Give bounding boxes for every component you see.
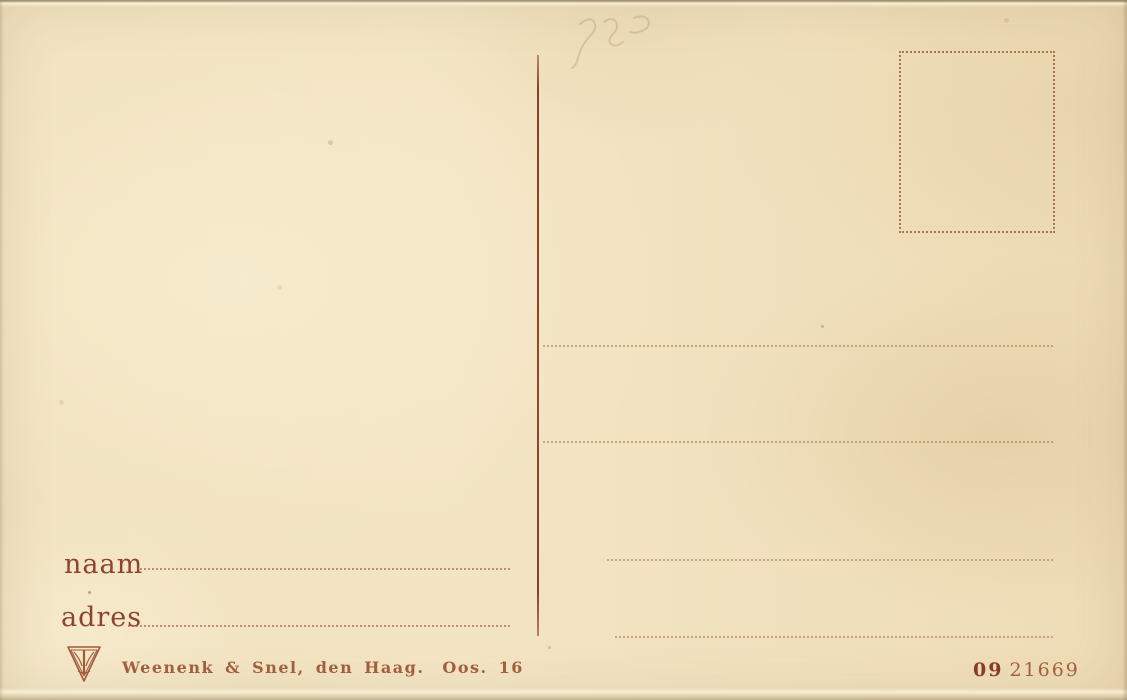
stamp-box — [899, 51, 1055, 233]
card-right-edge — [1122, 0, 1127, 700]
publisher-name: Weenenk & Snel, den Haag. — [122, 658, 424, 677]
address-writing-line-1 — [543, 345, 1053, 347]
publisher-series-code: Oos. 16 — [442, 658, 524, 677]
foxing-specks — [88, 591, 91, 594]
divider-line — [537, 55, 539, 636]
address-field-line — [128, 625, 510, 627]
serial-value: 21669 — [1009, 659, 1079, 681]
serial-prefix: 09 — [973, 659, 1003, 681]
address-writing-line-3 — [607, 559, 1053, 561]
card-bottom-edge — [0, 688, 1127, 700]
publisher-monogram-icon — [66, 645, 102, 683]
card-left-edge — [0, 0, 4, 700]
name-label: naam — [64, 551, 143, 578]
publisher-imprint: Weenenk & Snel, den Haag.Oos. 16 — [122, 658, 524, 677]
postcard-back: naam adres Weenenk & Snel, den Haag.Oos.… — [0, 0, 1127, 700]
address-writing-line-4 — [615, 636, 1053, 638]
name-field-line — [137, 568, 510, 570]
address-writing-line-2 — [543, 441, 1053, 443]
pencil-scribble — [552, 6, 692, 76]
serial-number: 0921669 — [973, 659, 1080, 681]
